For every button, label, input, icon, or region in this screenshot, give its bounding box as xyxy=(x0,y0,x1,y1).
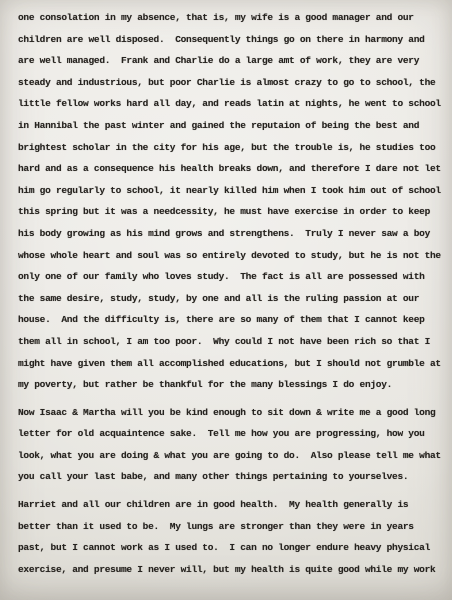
letter-paragraph-3: Harriet and all our children are in good… xyxy=(18,494,442,580)
letter-paragraph-2: Now Isaac & Martha will you be kind enou… xyxy=(18,402,442,488)
letter-page: one consolation in my absence, that is, … xyxy=(0,0,452,600)
letter-paragraph-1: one consolation in my absence, that is, … xyxy=(18,7,442,396)
